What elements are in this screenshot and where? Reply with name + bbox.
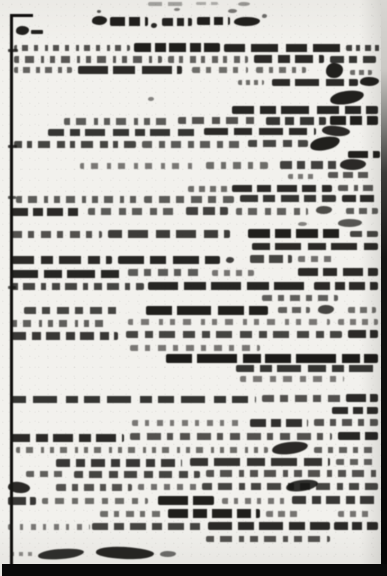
scan-text-segment (240, 195, 336, 202)
scan-text-segment (288, 174, 318, 179)
scan-text-segment (350, 231, 378, 237)
ink-blob-segment (316, 206, 332, 214)
ink-blob-segment (226, 257, 234, 263)
scan-text-segment (10, 552, 34, 556)
scan-text-segment (56, 459, 182, 467)
scan-text-segment (314, 419, 378, 426)
scan-text-segment (192, 67, 248, 73)
scan-text-segment (14, 141, 136, 148)
ink-blob-segment (271, 440, 308, 456)
scan-text-segment (336, 459, 378, 465)
scan-text-segment (12, 208, 82, 216)
scan-text-segment (256, 67, 306, 73)
scan-text-segment (16, 196, 138, 203)
ink-blob-segment (174, 8, 180, 11)
scan-text-segment (280, 161, 338, 169)
scan-text-segment (190, 458, 330, 466)
scan-text-segment (186, 207, 228, 215)
scan-text-segment (232, 185, 332, 192)
scan-text-segment (196, 2, 218, 5)
scan-text-segment (134, 43, 220, 52)
scan-text-segment (100, 511, 164, 517)
scan-text-segment (266, 117, 326, 125)
scan-text-segment (334, 522, 378, 530)
scan-text-segment (248, 229, 344, 238)
scan-text-segment (314, 447, 378, 453)
scan-text-segment (346, 45, 380, 51)
scan-text-segment (204, 128, 316, 135)
scan-text-segment (14, 56, 162, 63)
scan-text-segment (162, 18, 192, 26)
scan-text-segment (252, 243, 378, 250)
scan-text-segment (158, 496, 214, 505)
scan-text-segment (128, 319, 330, 325)
scan-text-segment (130, 433, 332, 440)
scan-text-segment (314, 282, 378, 290)
scan-text-segment (110, 17, 148, 26)
scan-text-segment (206, 536, 330, 542)
scan-text-segment (168, 509, 260, 518)
scan-text-segment (262, 395, 342, 402)
scan-text-segment (12, 256, 112, 264)
scan-text-segment (16, 447, 268, 453)
scan-text-segment (10, 270, 122, 278)
scan-text-segment (8, 524, 90, 530)
scan-text-segment (142, 141, 242, 148)
scan-text-segment (346, 394, 378, 402)
scan-text-segment (8, 497, 36, 505)
scan-text-segment (14, 67, 72, 73)
ink-blob-segment (329, 89, 364, 107)
scan-text-segment (232, 106, 378, 114)
scan-text-segment (278, 307, 310, 313)
scan-text-segment (292, 496, 378, 504)
scan-text-segment (298, 268, 378, 276)
scan-text-segment (42, 498, 148, 504)
scan-text-segment (240, 376, 344, 382)
scan-text-segment (48, 129, 200, 136)
ink-blob-segment (16, 26, 29, 35)
scan-text-segment (178, 117, 260, 124)
right-edge-scan-shadow (381, 0, 387, 576)
scan-text-layer (0, 0, 387, 576)
scan-text-segment (168, 56, 248, 63)
scan-text-segment (330, 116, 378, 125)
ink-blob-segment (238, 2, 250, 6)
scan-text-segment (208, 522, 330, 530)
scan-text-segment (56, 484, 132, 491)
scan-text-segment (338, 185, 378, 191)
ink-blob-segment (151, 23, 157, 28)
scan-text-segment (262, 295, 338, 301)
scan-text-segment (146, 306, 268, 315)
scan-text-segment (342, 195, 378, 202)
scan-text-segment (222, 498, 286, 504)
scan-text-segment (144, 196, 234, 203)
scan-text-segment (74, 471, 200, 478)
scan-text-segment (108, 230, 230, 238)
ink-blob-segment (92, 16, 107, 25)
scan-text-segment (348, 330, 378, 338)
scan-text-segment (64, 118, 172, 125)
ink-blob-segment (234, 17, 260, 26)
scan-text-segment (236, 208, 308, 215)
scanned-document-page (0, 0, 387, 576)
scan-text-segment (92, 523, 204, 530)
scan-text-segment (298, 256, 334, 262)
scan-text-segment (330, 56, 376, 63)
ink-blob-segment (160, 551, 176, 557)
scan-text-segment (12, 231, 102, 238)
scan-text-segment (250, 255, 292, 263)
scan-text-segment (250, 419, 308, 427)
scan-text-segment (197, 17, 230, 25)
scan-text-segment (148, 2, 188, 6)
scan-text-segment (12, 332, 118, 340)
ink-blob-segment (38, 547, 85, 560)
scan-text-segment (88, 208, 180, 215)
scan-text-segment (224, 44, 342, 52)
scan-text-segment (332, 407, 378, 414)
bottom-scan-bar (2, 564, 387, 576)
scan-text-segment (238, 80, 264, 85)
ink-blob-segment (322, 125, 351, 138)
ink-blob-segment (338, 219, 362, 227)
scan-text-segment (118, 256, 220, 264)
scan-text-segment (338, 432, 378, 440)
ink-blob-segment (360, 77, 379, 86)
scan-text-segment (26, 471, 64, 477)
scan-text-segment (12, 320, 108, 327)
ink-blob-segment (96, 545, 155, 560)
ink-blob-segment (97, 10, 101, 13)
ink-blob-segment (340, 159, 366, 170)
scan-text-segment (206, 470, 378, 477)
scan-text-segment (138, 484, 198, 490)
scan-text-segment (128, 269, 204, 276)
scan-text-segment (78, 66, 182, 74)
ink-blob-segment (298, 222, 307, 226)
scan-text-segment (10, 434, 124, 442)
scan-text-segment (31, 30, 43, 34)
ink-blob-segment (318, 305, 334, 314)
ink-blob-segment (262, 14, 267, 18)
scan-text-segment (248, 140, 308, 147)
scan-text-segment (24, 307, 120, 314)
scan-text-segment (254, 55, 324, 63)
scan-text-segment (166, 354, 378, 363)
ink-blob-segment (285, 478, 318, 493)
scan-text-segment (346, 208, 378, 214)
left-border-rule-cap (10, 14, 33, 17)
scan-text-segment (236, 365, 378, 372)
scan-text-segment (272, 79, 358, 86)
scan-text-segment (206, 162, 268, 169)
scan-text-segment (338, 511, 374, 517)
scan-text-segment (348, 307, 376, 313)
scan-text-segment (148, 282, 308, 290)
scan-text-segment (328, 172, 370, 178)
scan-text-segment (348, 151, 380, 158)
scan-text-segment (188, 186, 228, 192)
scan-text-segment (350, 70, 372, 75)
scan-text-segment (8, 196, 16, 199)
scan-text-segment (212, 270, 254, 276)
ink-blob-segment (309, 134, 341, 152)
scan-text-segment (130, 345, 260, 351)
scan-text-segment (80, 163, 198, 169)
scan-text-segment (10, 283, 144, 290)
scan-text-segment (126, 331, 342, 338)
scan-text-segment (14, 45, 130, 51)
ink-blob-segment (326, 63, 343, 78)
ink-blob-segment (148, 97, 154, 101)
scan-text-segment (338, 319, 378, 325)
ink-blob-segment (228, 9, 237, 13)
scan-text-segment (10, 396, 256, 403)
scan-text-segment (132, 420, 244, 426)
scan-text-segment (266, 511, 298, 517)
